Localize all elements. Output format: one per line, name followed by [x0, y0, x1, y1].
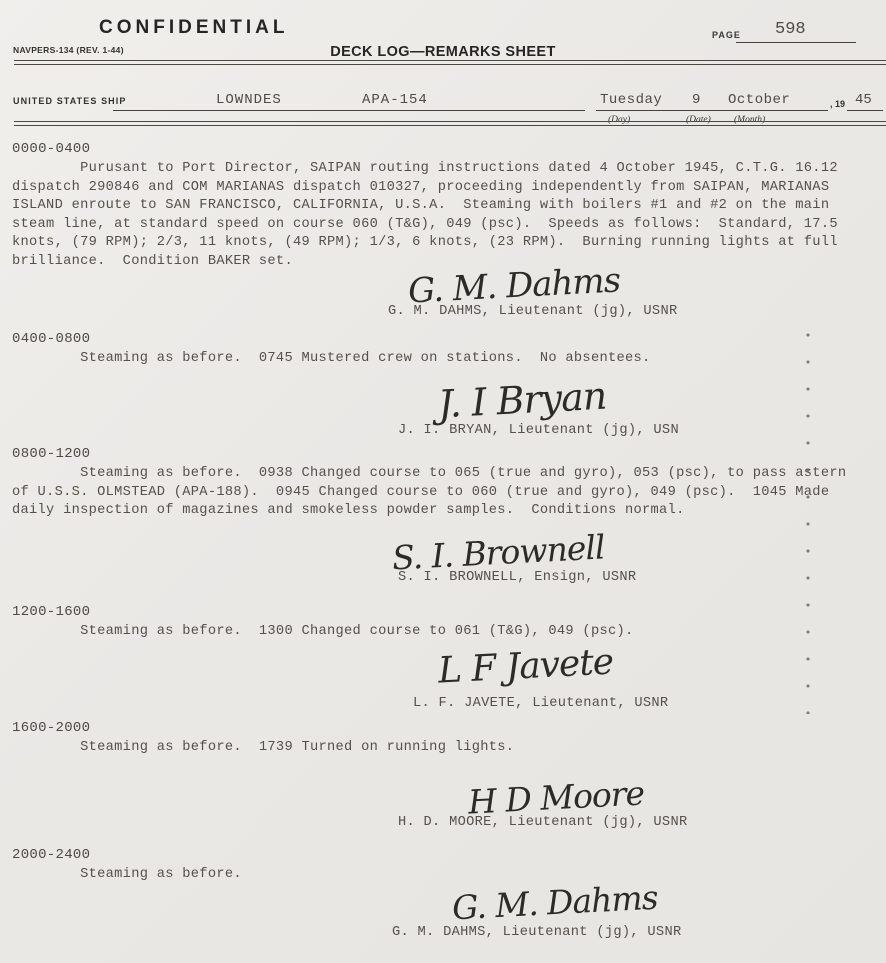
- hull-number: APA-154: [362, 92, 428, 108]
- ship-label: UNITED STATES SHIP: [13, 96, 126, 106]
- date-underline: [596, 110, 828, 111]
- classification-stamp: CONFIDENTIAL: [99, 17, 288, 39]
- ship-underline: [113, 110, 585, 111]
- year-prefix: , 19: [830, 99, 845, 109]
- date-date: 9: [692, 92, 700, 108]
- signature-script: G. M. Dahms: [451, 878, 658, 928]
- watch-heading: 2000-2400: [12, 847, 90, 863]
- signature-typed: H. D. MOORE, Lieutenant (jg), USNR: [398, 815, 687, 830]
- entry-text: Steaming as before. 1300 Changed course …: [12, 623, 878, 642]
- watch-heading: 1200-1600: [12, 604, 90, 620]
- ship-line-rule: [14, 121, 886, 126]
- signature-typed: J. I. BRYAN, Lieutenant (jg), USN: [398, 423, 679, 438]
- page-number-underline: [736, 42, 856, 43]
- watch-heading: 0800-1200: [12, 446, 90, 462]
- header-rule: [14, 60, 886, 65]
- binder-perforation-dots: [805, 332, 813, 714]
- date-year: 45: [855, 92, 872, 108]
- ship-name: LOWNDES: [216, 92, 282, 108]
- page-label: PAGE: [712, 30, 741, 40]
- signature-typed: L. F. JAVETE, Lieutenant, USNR: [413, 696, 668, 711]
- entry-text: Steaming as before. 0745 Mustered crew o…: [12, 350, 878, 369]
- entry-text: Steaming as before.: [12, 866, 878, 885]
- page-number: 598: [775, 20, 806, 39]
- watch-heading: 0000-0400: [12, 141, 90, 157]
- signature-script: J. I Bryan: [437, 374, 607, 427]
- watch-heading: 0400-0800: [12, 331, 90, 347]
- deck-log-page: CONFIDENTIAL PAGE 598 NAVPERS-134 (REV. …: [0, 0, 886, 963]
- entry-text: Steaming as before. 1739 Turned on runni…: [12, 739, 878, 758]
- signature-typed: G. M. DAHMS, Lieutenant (jg), USNR: [388, 304, 677, 319]
- signature-typed: G. M. DAHMS, Lieutenant (jg), USNR: [392, 925, 681, 940]
- year-underline: [847, 110, 883, 111]
- entry-text: Purusant to Port Director, SAIPAN routin…: [12, 160, 878, 272]
- watch-heading: 1600-2000: [12, 720, 90, 736]
- entry-text: Steaming as before. 0938 Changed course …: [12, 465, 878, 521]
- signature-typed: S. I. BROWNELL, Ensign, USNR: [398, 570, 636, 585]
- document-title: DECK LOG—REMARKS SHEET: [0, 44, 886, 60]
- signature-script: L F Javete: [437, 641, 614, 691]
- date-month: October: [728, 92, 790, 108]
- date-day: Tuesday: [600, 92, 662, 108]
